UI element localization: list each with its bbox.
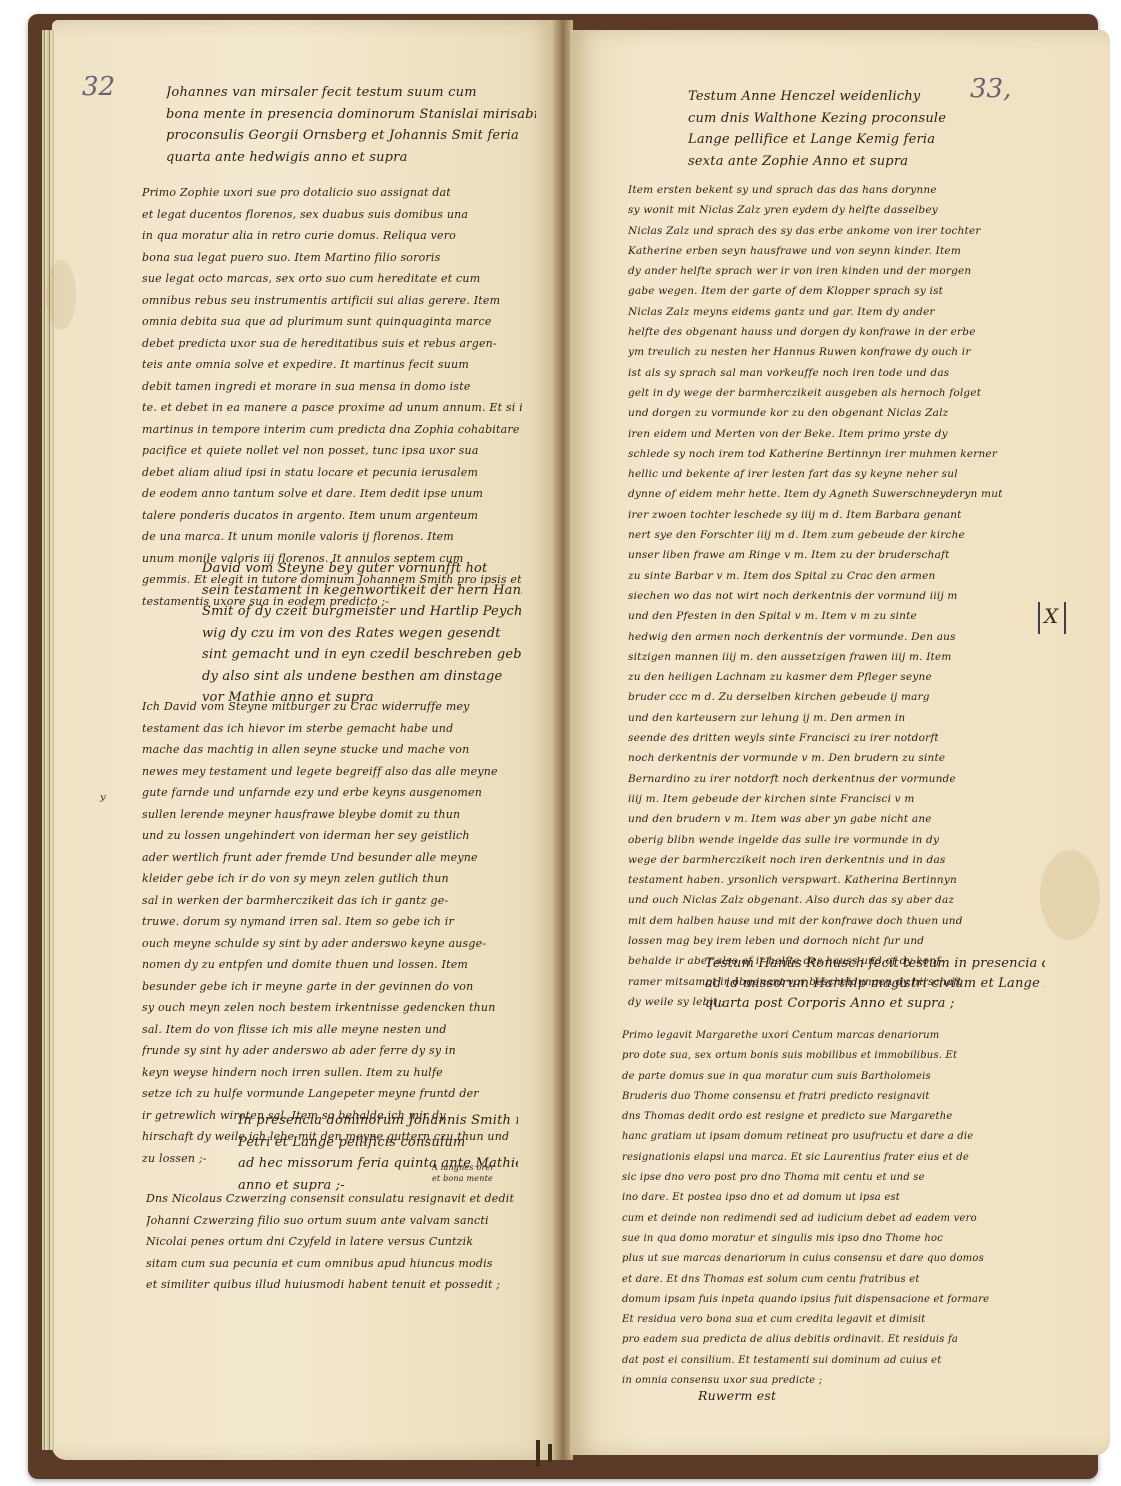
text-line: Testum Hanus Ronusch fecit testum in pre… [705,954,1045,974]
text-line: Dns Nicolaus Czwerzing consensit consula… [146,1188,531,1210]
ribbon-marker [548,1444,552,1462]
text-line: cum dnis Walthone Kezing proconsule [688,108,988,130]
text-line: David vom Steyne bey guter vornunfft hot [202,558,522,580]
text-line: Katherine erben seyn hausfrawe und von s… [628,241,1028,261]
text-line: Niclas Zalz und sprach des sy das erbe a… [628,221,1028,241]
text-line: pacifice et quiete nollet vel non posset… [142,440,522,462]
text-line: seende des dritten weyls sinte Francisci… [628,728,1028,748]
margin-mark: ʸ [100,790,106,809]
entry-heading-r2: Testum Hanus Ronusch fecit testum in pre… [705,954,1045,1014]
text-line: Johannes van mirsaler fecit testum suum … [166,82,536,104]
text-line: de eodem anno tantum solve et dare. Item… [142,483,522,505]
text-line: gute farnde und unfarnde ezy und erbe ke… [142,782,527,804]
text-line: nomen dy zu entpfen und domite thuen und… [142,954,527,976]
text-line: dy also sint als undene besthen am dinst… [202,666,522,688]
stain [1040,850,1100,940]
text-line: in omnia consensu uxor sua predicte ; [622,1371,1037,1391]
text-line: resignationis elapsi una marca. Et sic L… [622,1148,1037,1168]
text-line: mache das machtig in allen seyne stucke … [142,739,527,761]
closing-note: Ruwerm est [698,1385,818,1407]
text-line: sexta ante Zophie Anno et supra [688,151,988,173]
right-page: 33, Testum Anne Henczel weidenlichy cum … [570,30,1110,1455]
text-line: et similiter quibus illud huiusmodi habe… [146,1274,531,1296]
text-line: debet predicta uxor sua de hereditatibus… [142,333,522,355]
text-line: bona mente in presencia dominorum Stanis… [166,104,536,126]
text-line: Bernardino zu irer notdorft noch derkent… [628,769,1028,789]
text-line: und ouch Niclas Zalz obgenant. Also durc… [628,890,1028,910]
text-line: sic ipse dno vero post pro dno Thoma mit… [622,1168,1037,1188]
left-page: 32 Johannes van mirsaler fecit testum su… [52,20,557,1460]
text-line: Et residua vero bona sua et cum credita … [622,1310,1037,1330]
text-line: ad id missorum Harthip magistri civium e… [705,974,1045,994]
text-line: sal. Item do von flisse ich mis alle mey… [142,1019,527,1041]
text-line: sal in werken der barmherczikeit das ich… [142,890,527,912]
text-line: quarta post Corporis Anno et supra ; [705,994,1045,1014]
text-line: omnibus rebus seu instrumentis artificii… [142,290,522,312]
text-line: besunder gebe ich ir meyne garte in der … [142,976,527,998]
text-line: bona sua legat puero suo. Item Martino f… [142,247,522,269]
text-line: wig dy czu im von des Rates wegen gesend… [202,623,522,645]
text-line: proconsulis Georgii Ornsberg et Johannis… [166,125,536,147]
entry-heading-2: David vom Steyne bey guter vornunfft hot… [202,558,522,709]
text-line: ader wertlich frunt ader fremde Und besu… [142,847,527,869]
text-line: ouch meyne schulde sy sint by ader ander… [142,933,527,955]
ribbon-marker [536,1440,540,1466]
text-line: ym treulich zu nesten her Hannus Ruwen k… [628,342,1028,362]
text-line: Item ersten bekent sy und sprach das das… [628,180,1028,200]
text-line: siechen wo das not wirt noch derkentnis … [628,586,1028,606]
text-line: truwe. dorum sy nymand irren sal. Item s… [142,911,527,933]
text-line: Lange pellifice et Lange Kemig feria [688,129,988,151]
entry-body-1: Primo Zophie uxori sue pro dotalicio suo… [142,182,522,612]
text-line: et bona mente [432,1173,532,1184]
text-line: keyn weyse hindern noch irren sullen. It… [142,1062,527,1084]
text-line: sullen lerende meyner hausfrawe bleybe d… [142,804,527,826]
text-line: sint gemacht und in eyn czedil beschrebe… [202,644,522,666]
stain [46,260,76,330]
text-line: sy ouch meyn zelen noch bestem irkentnis… [142,997,527,1019]
text-line: In presencia dominorum Johannis Smith ma… [238,1110,518,1132]
text-line: irer zwoen tochter leschede sy iiij m d.… [628,505,1028,525]
text-line: zu sinte Barbar v m. Item dos Spital zu … [628,566,1028,586]
text-line: et legat ducentos florenos, sex duabus s… [142,204,522,226]
text-line: ino dare. Et postea ipso dno et ad domum… [622,1188,1037,1208]
text-line: dat post ei consilium. Et testamenti sui… [622,1351,1037,1371]
text-line: dns Thomas dedit ordo est resigne et pre… [622,1107,1037,1127]
entry-body-3: Dns Nicolaus Czwerzing consensit consula… [146,1188,531,1296]
entry-heading-r1: Testum Anne Henczel weidenlichy cum dnis… [688,86,988,172]
text-line: quarta ante hedwigis anno et supra [166,147,536,169]
entry-heading-1: Johannes van mirsaler fecit testum suum … [166,82,536,168]
text-line: sue legat octo marcas, sex orto suo cum … [142,268,522,290]
text-line: Niclas Zalz meyns eidems gantz und gar. … [628,302,1028,322]
text-line: pro eadem sua predicta de alius debitis … [622,1330,1037,1350]
text-line: lossen mag bey irem leben und dornoch ni… [628,931,1028,951]
text-line: Johanni Czwerzing filio suo ortum suum a… [146,1210,531,1232]
text-line: helfte des obgenant hauss und dorgen dy … [628,322,1028,342]
text-line: gelt in dy wege der barmherczikeit ausge… [628,383,1028,403]
text-line: noch derkentnis der vormunde v m. Den br… [628,748,1028,768]
text-line: et dare. Et dns Thomas est solum cum cen… [622,1270,1037,1290]
text-line: te. et debet in ea manere a pasce proxim… [142,397,522,419]
text-line: frunde sy sint hy ader anderswo ab ader … [142,1040,527,1062]
text-line: testament haben. yrsonlich verspwart. Ka… [628,870,1028,890]
text-line: Primo Zophie uxori sue pro dotalicio suo… [142,182,522,204]
text-line: testament das ich hievor im sterbe gemac… [142,718,527,740]
text-line: martinus in tempore interim cum predicta… [142,419,522,441]
text-line: plus ut sue marcas denariorum in cuius c… [622,1249,1037,1269]
text-line: Smit of dy czeit burgmeister und Hartlip… [202,601,522,623]
text-line: Petri et Lange pellificis consulum [238,1132,518,1154]
text-line: talere ponderis ducatos in argento. Item… [142,505,522,527]
entry-body-r1: Item ersten bekent sy und sprach das das… [628,180,1028,1012]
text-line: newes mey testament und legete begreiff … [142,761,527,783]
text-line: de parte domus sue in qua moratur cum su… [622,1067,1037,1087]
text-line: debet aliam aliud ipsi in statu locare e… [142,462,522,484]
text-line: kleider gebe ich ir do von sy meyn zelen… [142,868,527,890]
text-line: pro dote sua, sex ortum bonis suis mobil… [622,1046,1037,1066]
text-line: sitam cum sua pecunia et cum omnibus apu… [146,1253,531,1275]
text-line: hedwig den armen noch derkentnis der vor… [628,627,1028,647]
text-line: cum et deinde non redimendi sed ad iudic… [622,1209,1037,1229]
text-line: und zu lossen ungehindert von iderman he… [142,825,527,847]
text-line: sy wonit mit Niclas Zalz yren eydem dy h… [628,200,1028,220]
text-line: in qua moratur alia in retro curie domus… [142,225,522,247]
text-line: sitzigen mannen iiij m. den aussetzigen … [628,647,1028,667]
text-line: iiij m. Item gebeude der kirchen sinte F… [628,789,1028,809]
text-line: wege der barmherczikeit noch iren derken… [628,850,1028,870]
text-line: Ruwerm est [698,1385,818,1407]
text-line: bruder ccc m d. Zu derselben kirchen geb… [628,687,1028,707]
text-line: Ich David vom Steyne mitburger zu Crac w… [142,696,527,718]
text-line: dy ander helfte sprach wer ir von iren k… [628,261,1028,281]
text-line: Testum Anne Henczel weidenlichy [688,86,988,108]
text-line: domum ipsam fuis inpeta quando ipsius fu… [622,1290,1037,1310]
text-line: und den brudern v m. Item was aber yn ga… [628,809,1028,829]
text-line: setze ich zu hulfe vormunde Langepeter m… [142,1083,527,1105]
margin-note: A langnes orer et bona mente [432,1162,532,1184]
text-line: Nicolai penes ortum dni Czyfeld in later… [146,1231,531,1253]
text-line: iren eidem und Merten von der Beke. Item… [628,424,1028,444]
text-line: Bruderis duo Thome consensu et fratri pr… [622,1087,1037,1107]
folio-number-left: 32 [82,72,115,102]
text-line: oberig blibn wende ingelde das sulle ire… [628,830,1028,850]
text-line: debit tamen ingredi et morare in sua men… [142,376,522,398]
margin-x-mark: X [1038,602,1066,634]
text-line: omnia debita sua que ad plurimum sunt qu… [142,311,522,333]
text-line: sue in qua domo moratur et singulis mis … [622,1229,1037,1249]
text-line: und den Pfesten in den Spital v m. Item … [628,606,1028,626]
text-line: teis ante omnia solve et expedire. It ma… [142,354,522,376]
text-line: schlede sy noch irem tod Katherine Berti… [628,444,1028,464]
text-line: und dorgen zu vormunde kor zu den obgena… [628,403,1028,423]
text-line: de una marca. It unum monile valoris ij … [142,526,522,548]
text-line: nert sye den Forschter iiij m d. Item zu… [628,525,1028,545]
text-line: ist als sy sprach sal man vorkeuffe noch… [628,363,1028,383]
text-line: hellic und bekente af irer lesten fart d… [628,464,1028,484]
text-line: Primo legavit Margarethe uxori Centum ma… [622,1026,1037,1046]
text-line: zu den heiligen Lachnam zu kasmer dem Pf… [628,667,1028,687]
text-line: unser liben frawe am Ringe v m. Item zu … [628,545,1028,565]
text-line: mit dem halben hause und mit der konfraw… [628,911,1028,931]
x-glyph: X [1044,604,1058,628]
text-line: und den karteusern zur lehung ij m. Den … [628,708,1028,728]
text-line: dynne of eidem mehr hette. Item dy Agnet… [628,484,1028,504]
text-line: gabe wegen. Item der garte of dem Kloppe… [628,281,1028,301]
entry-body-2: Ich David vom Steyne mitburger zu Crac w… [142,696,527,1169]
text-line: sein testament in kegenwortikeit der her… [202,580,522,602]
entry-body-r2: Primo legavit Margarethe uxori Centum ma… [622,1026,1037,1391]
text-line: hanc gratiam ut ipsam domum retineat pro… [622,1127,1037,1147]
text-line: A langnes orer [432,1162,532,1173]
page-stack-edge [42,30,54,1450]
